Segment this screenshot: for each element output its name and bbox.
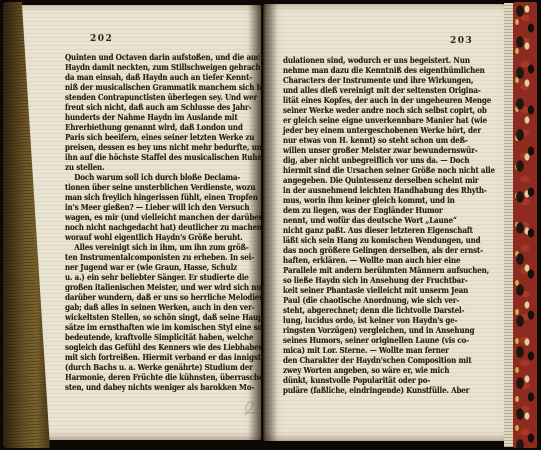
open-book-photo: 202 Quinten und Octaven darin aufstoßen,… [0, 0, 541, 450]
text-line: lung, lucidus ordo, ist keiner von Haydn… [283, 316, 485, 326]
text-line: bedeutende, kraftvolle Simplicität haben… [65, 333, 267, 343]
text-line: da man einsah, daß Haydn auch an tiefer … [65, 73, 267, 83]
text-line: den Charakter der Haydn'schen Compositio… [283, 356, 485, 366]
text-line: Paul (die chaotische Anordnung, wie sich… [283, 296, 485, 306]
page-right: 203 dulationen sind, wodurch er uns bege… [263, 4, 506, 441]
text-line: tionen über seine unsterblichen Verdiens… [65, 183, 267, 193]
text-line: Harmonie, deren Früchte die kühnsten, üb… [65, 373, 267, 383]
text-line: in der ausnehmend leichten Handhabung de… [283, 186, 485, 196]
text-line: angegeben. Die Quintessenz derselben sch… [283, 176, 485, 186]
text-line: Characters der Instrumente und ihre Wirk… [283, 76, 485, 86]
text-line: seines Humors, seiner originellen Laune … [283, 336, 485, 346]
text-line: sogleich das Gefühl des Kenners wie des … [65, 343, 267, 353]
text-line: keit seiner Phantasie vielleicht mit uns… [283, 286, 485, 296]
text-line: Ehrerbiethung genannt wird, daß London u… [65, 123, 267, 133]
text-line: ner Jugend war er (wie Graun, Hasse, Sch… [65, 263, 267, 273]
text-line: großen italienischen Meister, und wer wi… [65, 283, 267, 293]
text-line: wagen, es mir (und vielleicht manchen de… [65, 213, 267, 223]
text-line: sten, und dabey nichts weniger als barok… [65, 383, 267, 393]
page-number-right: 203 [450, 36, 473, 46]
text-line: Alles vereinigt sich in ihm, um ihn zum … [65, 243, 267, 253]
text-line: läßt sich sein Hang zu komischen Wendung… [283, 236, 485, 246]
text-line: seiner Werke weder andre noch sich selbs… [283, 106, 485, 116]
text-line: freut sich nicht, daß auch am Schlusse d… [65, 103, 267, 113]
text-line: mica) mit Lor. Sterne. — Wollte man fern… [283, 346, 485, 356]
text-line: haften, erklären. — Wollte man auch hier… [283, 256, 485, 266]
text-line: (durch Bachs u. a. Werke genährte) Studi… [65, 363, 267, 373]
text-line: wickeltsten Stellen, so schön singt, daß… [65, 313, 267, 323]
page-left-text: Quinten und Octaven darin aufstoßen, und… [65, 53, 267, 393]
text-line: dig, aber nicht unbegreiflich vor uns da… [283, 156, 485, 166]
text-line: stenden Contrapunctisten überlegen sey. … [65, 93, 267, 103]
text-line: dulationen sind, wodurch er uns begeiste… [283, 56, 485, 66]
text-line: Haydn damit neckten, zum Stillschweigen … [65, 63, 267, 73]
text-line: in's Meer gießen? — Lieber will ich den … [65, 203, 267, 213]
text-line: dem zu liegen, was der Engländer Humor [283, 206, 485, 216]
text-line: ihn auf die höchste Staffel des musicali… [65, 153, 267, 163]
text-line: niß der musicalischen Grammatik manchem … [65, 83, 267, 93]
text-line: nennt, und wofür das deutsche Wort „Laun… [283, 216, 485, 226]
text-line: das noch größere Gelingen derselben, als… [283, 246, 485, 256]
text-line: Quinten und Octaven darin aufstoßen, und… [65, 53, 267, 63]
text-line: zwey Worten angeben, so wäre er, wie mic… [283, 366, 485, 376]
text-line: dünkt, kunstvolle Popularität oder po- [283, 376, 485, 386]
text-line: Paris sich beeifern, eines seiner letzte… [65, 133, 267, 143]
text-line: hiermit sind die Ursachen seiner Größe n… [283, 166, 485, 176]
text-line: lität eines Kopfes, der auch in der unge… [283, 96, 485, 106]
text-line: nicht ganz paßt. Aus dieser letzteren Ei… [283, 226, 485, 236]
page-number-left: 202 [90, 34, 113, 44]
text-line: ten Instrumentalcomponisten zu erheben. … [65, 253, 267, 263]
text-line: noch nicht nachgedacht hat) deutlicher z… [65, 223, 267, 233]
text-line: worauf wohl eigentlich Haydn's Größe ber… [65, 233, 267, 243]
text-line: mus, worin ihm keiner gleich kommt, und … [283, 196, 485, 206]
text-line: so ließe Haydn sich in Ansehung der Fruc… [283, 276, 485, 286]
text-line: er gleich seine eigne unverkennbare Mani… [283, 116, 485, 126]
text-line: willen unser großer Meister zwar bewunde… [283, 146, 485, 156]
page-right-text: dulationen sind, wodurch er uns begeiste… [283, 56, 485, 396]
text-line: sätze im ernsthaften wie im komischen St… [65, 323, 267, 333]
text-line: Doch warum soll ich durch bloße Declama- [65, 173, 267, 183]
marbled-board-edge [513, 2, 537, 448]
text-line: man sich freylich hingerissen fühlt, ein… [65, 193, 267, 203]
text-line: ringsten Vorzügen) vergleichen, und in A… [283, 326, 485, 336]
text-line: preisen, dessen es bey uns nicht mehr be… [65, 143, 267, 153]
text-line: Parallele mit andern berühmten Männern a… [283, 266, 485, 276]
text-line: nehme man dazu die Kenntniß des eigenthü… [283, 66, 485, 76]
text-line: und alles dieß vereinigt mit der seltens… [283, 86, 485, 96]
page-left: 202 Quinten und Octaven darin aufstoßen,… [18, 5, 261, 440]
text-line: hunderts der Nahme Haydn im Auslande mit [65, 113, 267, 123]
text-line: u. a.) ein sehr beliebter Sänger. Er stu… [65, 273, 267, 283]
text-line: steht, abgerechnet; denn die lichtvolle … [283, 306, 485, 316]
text-line: nur etwas von H. kennt) so steht schon u… [283, 136, 485, 146]
text-line: gab; daß alles in seinen Werken, auch in… [65, 303, 267, 313]
text-line: mit sich fortreißen. Hiermit verband er … [65, 353, 267, 363]
text-line: jeder bey einem untergeschobenen Werke h… [283, 126, 485, 136]
text-line: puläre (faßliche, eindringende) Kunstfül… [283, 386, 485, 396]
text-line: zu stellen. [65, 163, 267, 173]
text-line: darüber wundern, daß er uns so herrliche… [65, 293, 267, 303]
